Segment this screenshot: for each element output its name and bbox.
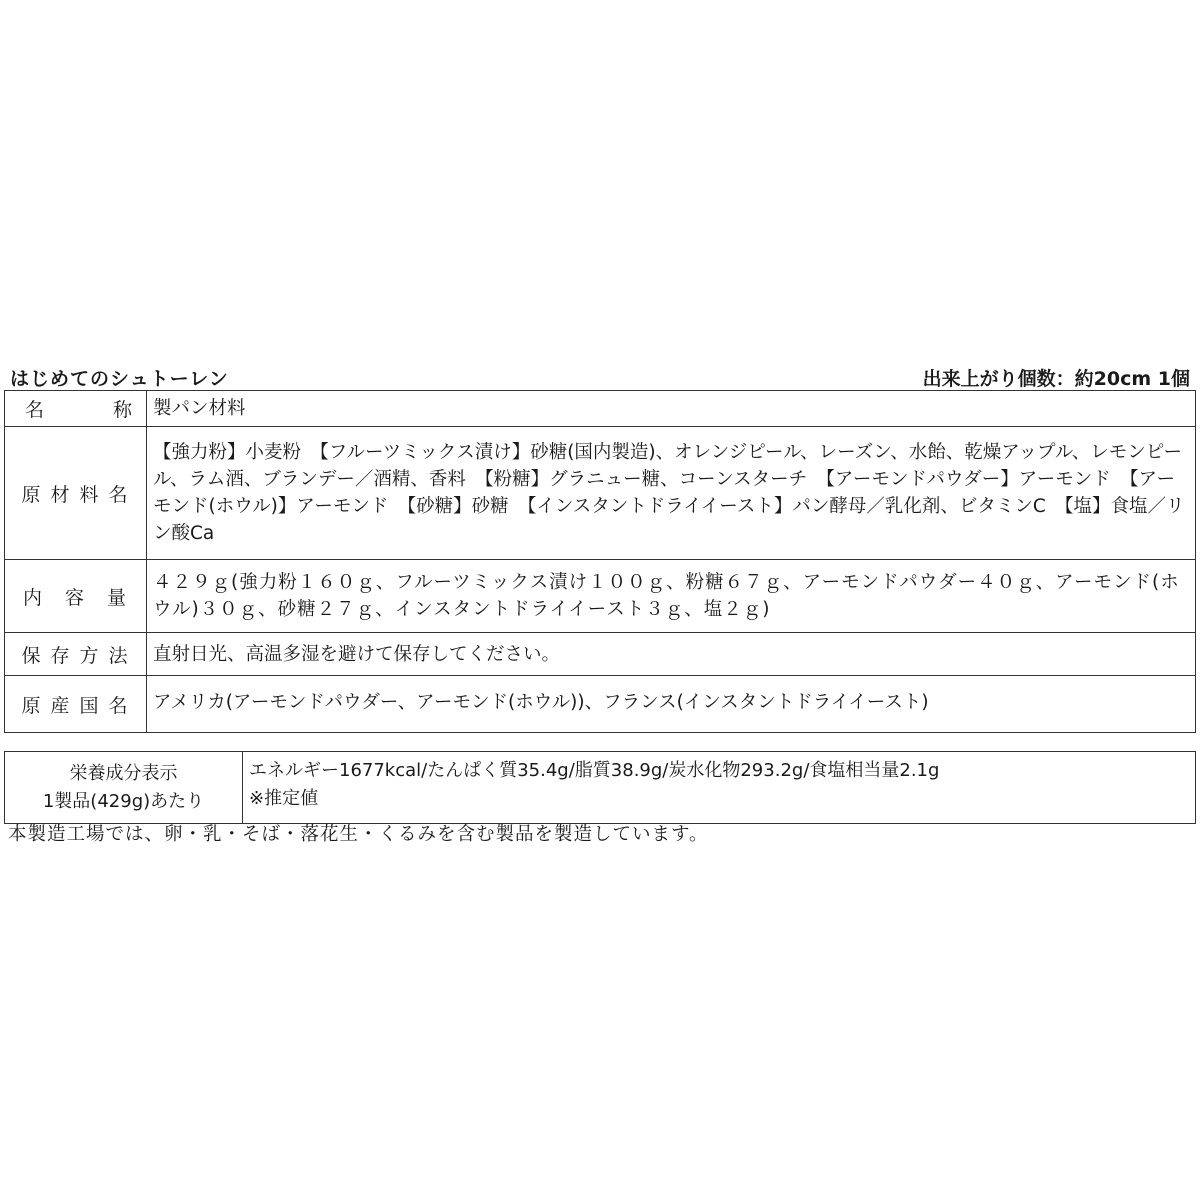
product-label-table: 名 称 製パン材料 原 材 料 名 【強力粉】小麦粉 【フルーツミックス漬け】砂… xyxy=(4,390,1196,733)
nutrition-label-title: 栄養成分表示 xyxy=(5,760,242,788)
row-label-name: 名 称 xyxy=(5,391,147,427)
nutrition-row: 栄養成分表示 1製品(429g)あたり エネルギー1677kcal/たんぱく質3… xyxy=(5,752,1196,824)
table-row-contents: 内 容 量 ４２９ｇ(強力粉１６０ｇ、フルーツミックス漬け１００ｇ、粉糖６７ｇ、… xyxy=(5,560,1196,633)
label-part: 称 xyxy=(113,395,132,422)
row-value-ingredients: 【強力粉】小麦粉 【フルーツミックス漬け】砂糖(国内製造)、オレンジピール、レー… xyxy=(147,427,1196,560)
allergen-notice: 本製造工場では、卵・乳・そば・落花生・くるみを含む製品を製造しています。 xyxy=(8,820,709,846)
row-label-contents: 内 容 量 xyxy=(5,560,147,633)
table-row-name: 名 称 製パン材料 xyxy=(5,391,1196,427)
nutrition-label: 栄養成分表示 1製品(429g)あたり xyxy=(5,752,243,824)
table-row-origin: 原 産 国 名 アメリカ(アーモンドパウダー、アーモンド(ホウル))、フランス(… xyxy=(5,676,1196,733)
table-row-ingredients: 原 材 料 名 【強力粉】小麦粉 【フルーツミックス漬け】砂糖(国内製造)、オレ… xyxy=(5,427,1196,560)
nutrition-table: 栄養成分表示 1製品(429g)あたり エネルギー1677kcal/たんぱく質3… xyxy=(4,751,1196,824)
table-row-storage: 保 存 方 法 直射日光、高温多湿を避けて保存してください。 xyxy=(5,633,1196,676)
row-label-ingredients: 原 材 料 名 xyxy=(5,427,147,560)
nutrition-values: エネルギー1677kcal/たんぱく質35.4g/脂質38.9g/炭水化物293… xyxy=(249,757,1189,785)
row-value-origin: アメリカ(アーモンドパウダー、アーモンド(ホウル))、フランス(インスタントドラ… xyxy=(147,676,1196,733)
row-value-contents: ４２９ｇ(強力粉１６０ｇ、フルーツミックス漬け１００ｇ、粉糖６７ｇ、アーモンドパ… xyxy=(147,560,1196,633)
label-part: 名 xyxy=(25,395,44,422)
nutrition-note: ※推定値 xyxy=(249,785,1189,813)
nutrition-values-cell: エネルギー1677kcal/たんぱく質35.4g/脂質38.9g/炭水化物293… xyxy=(243,752,1196,824)
row-value-name: 製パン材料 xyxy=(147,391,1196,427)
row-value-storage: 直射日光、高温多湿を避けて保存してください。 xyxy=(147,633,1196,676)
yield-info: 出来上がり個数：約20cm 1個 xyxy=(923,364,1190,391)
nutrition-label-serving: 1製品(429g)あたり xyxy=(5,788,242,816)
product-title: はじめてのシュトーレン xyxy=(10,364,229,391)
row-label-storage: 保 存 方 法 xyxy=(5,633,147,676)
row-label-origin: 原 産 国 名 xyxy=(5,676,147,733)
